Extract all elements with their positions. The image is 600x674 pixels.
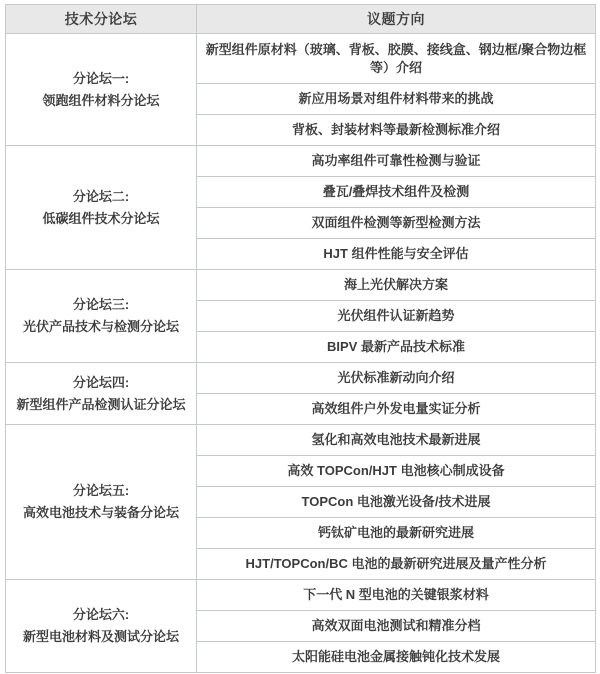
- topic-cell: TOPCon 电池激光设备/技术进展: [197, 487, 596, 518]
- table-row: 分论坛五: 高效电池技术与装备分论坛 氢化和高效电池技术最新进展: [6, 425, 596, 456]
- forum-title: 新型组件产品检测认证分论坛: [12, 394, 190, 416]
- topic-cell: 高效 TOPCon/HJT 电池核心制成设备: [197, 456, 596, 487]
- topic-cell: 高效双面电池测试和精准分档: [197, 611, 596, 642]
- topic-cell: 新应用场景对组件材料带来的挑战: [197, 84, 596, 115]
- forum-number: 分论坛六:: [12, 604, 190, 626]
- forum-cell-1: 分论坛一: 领跑组件材料分论坛: [6, 34, 197, 146]
- col-header-topics: 议题方向: [197, 5, 596, 34]
- topic-cell: 海上光伏解决方案: [197, 270, 596, 301]
- table-row: 分论坛六: 新型电池材料及测试分论坛 下一代 N 型电池的关键银浆材料: [6, 580, 596, 611]
- forum-cell-3: 分论坛三: 光伏产品技术与检测分论坛: [6, 270, 197, 363]
- topic-cell: 高效组件户外发电量实证分析: [197, 394, 596, 425]
- page: 技术分论坛 议题方向 分论坛一: 领跑组件材料分论坛 新型组件原材料（玻璃、背板…: [0, 0, 600, 674]
- topic-cell: 光伏组件认证新趋势: [197, 301, 596, 332]
- col-header-forum: 技术分论坛: [6, 5, 197, 34]
- forum-cell-2: 分论坛二: 低碳组件技术分论坛: [6, 146, 197, 270]
- table-row: 分论坛四: 新型组件产品检测认证分论坛 光伏标准新动向介绍: [6, 363, 596, 394]
- topic-cell: 高功率组件可靠性检测与验证: [197, 146, 596, 177]
- forum-cell-5: 分论坛五: 高效电池技术与装备分论坛: [6, 425, 197, 580]
- forum-number: 分论坛一:: [12, 68, 190, 90]
- topic-cell: 叠瓦/叠焊技术组件及检测: [197, 177, 596, 208]
- forum-number: 分论坛三:: [12, 294, 190, 316]
- table-row: 分论坛一: 领跑组件材料分论坛 新型组件原材料（玻璃、背板、胶膜、接线盒、钢边框…: [6, 34, 596, 84]
- table-row: 分论坛二: 低碳组件技术分论坛 高功率组件可靠性检测与验证: [6, 146, 596, 177]
- topic-cell: 新型组件原材料（玻璃、背板、胶膜、接线盒、钢边框/聚合物边框等）介绍: [197, 34, 596, 84]
- topic-cell: 太阳能硅电池金属接触钝化技术发展: [197, 642, 596, 673]
- tech-forum-agenda-table: 技术分论坛 议题方向 分论坛一: 领跑组件材料分论坛 新型组件原材料（玻璃、背板…: [5, 4, 596, 673]
- forum-title: 新型电池材料及测试分论坛: [12, 626, 190, 648]
- topic-cell: 钙钛矿电池的最新研究进展: [197, 518, 596, 549]
- topic-cell: 背板、封装材料等最新检测标准介绍: [197, 115, 596, 146]
- topic-cell: 下一代 N 型电池的关键银浆材料: [197, 580, 596, 611]
- forum-cell-6: 分论坛六: 新型电池材料及测试分论坛: [6, 580, 197, 673]
- topic-cell: 光伏标准新动向介绍: [197, 363, 596, 394]
- forum-number: 分论坛五:: [12, 480, 190, 502]
- table-row: 分论坛三: 光伏产品技术与检测分论坛 海上光伏解决方案: [6, 270, 596, 301]
- forum-title: 光伏产品技术与检测分论坛: [12, 316, 190, 338]
- topic-cell: HJT/TOPCon/BC 电池的最新研究进展及量产性分析: [197, 549, 596, 580]
- topic-cell: BIPV 最新产品技术标准: [197, 332, 596, 363]
- forum-title: 高效电池技术与装备分论坛: [12, 502, 190, 524]
- header-row: 技术分论坛 议题方向: [6, 5, 596, 34]
- topic-cell: 双面组件检测等新型检测方法: [197, 208, 596, 239]
- forum-cell-4: 分论坛四: 新型组件产品检测认证分论坛: [6, 363, 197, 425]
- forum-title: 领跑组件材料分论坛: [12, 90, 190, 112]
- topic-cell: 氢化和高效电池技术最新进展: [197, 425, 596, 456]
- forum-title: 低碳组件技术分论坛: [12, 208, 190, 230]
- topic-cell: HJT 组件性能与安全评估: [197, 239, 596, 270]
- forum-number: 分论坛四:: [12, 372, 190, 394]
- forum-number: 分论坛二:: [12, 186, 190, 208]
